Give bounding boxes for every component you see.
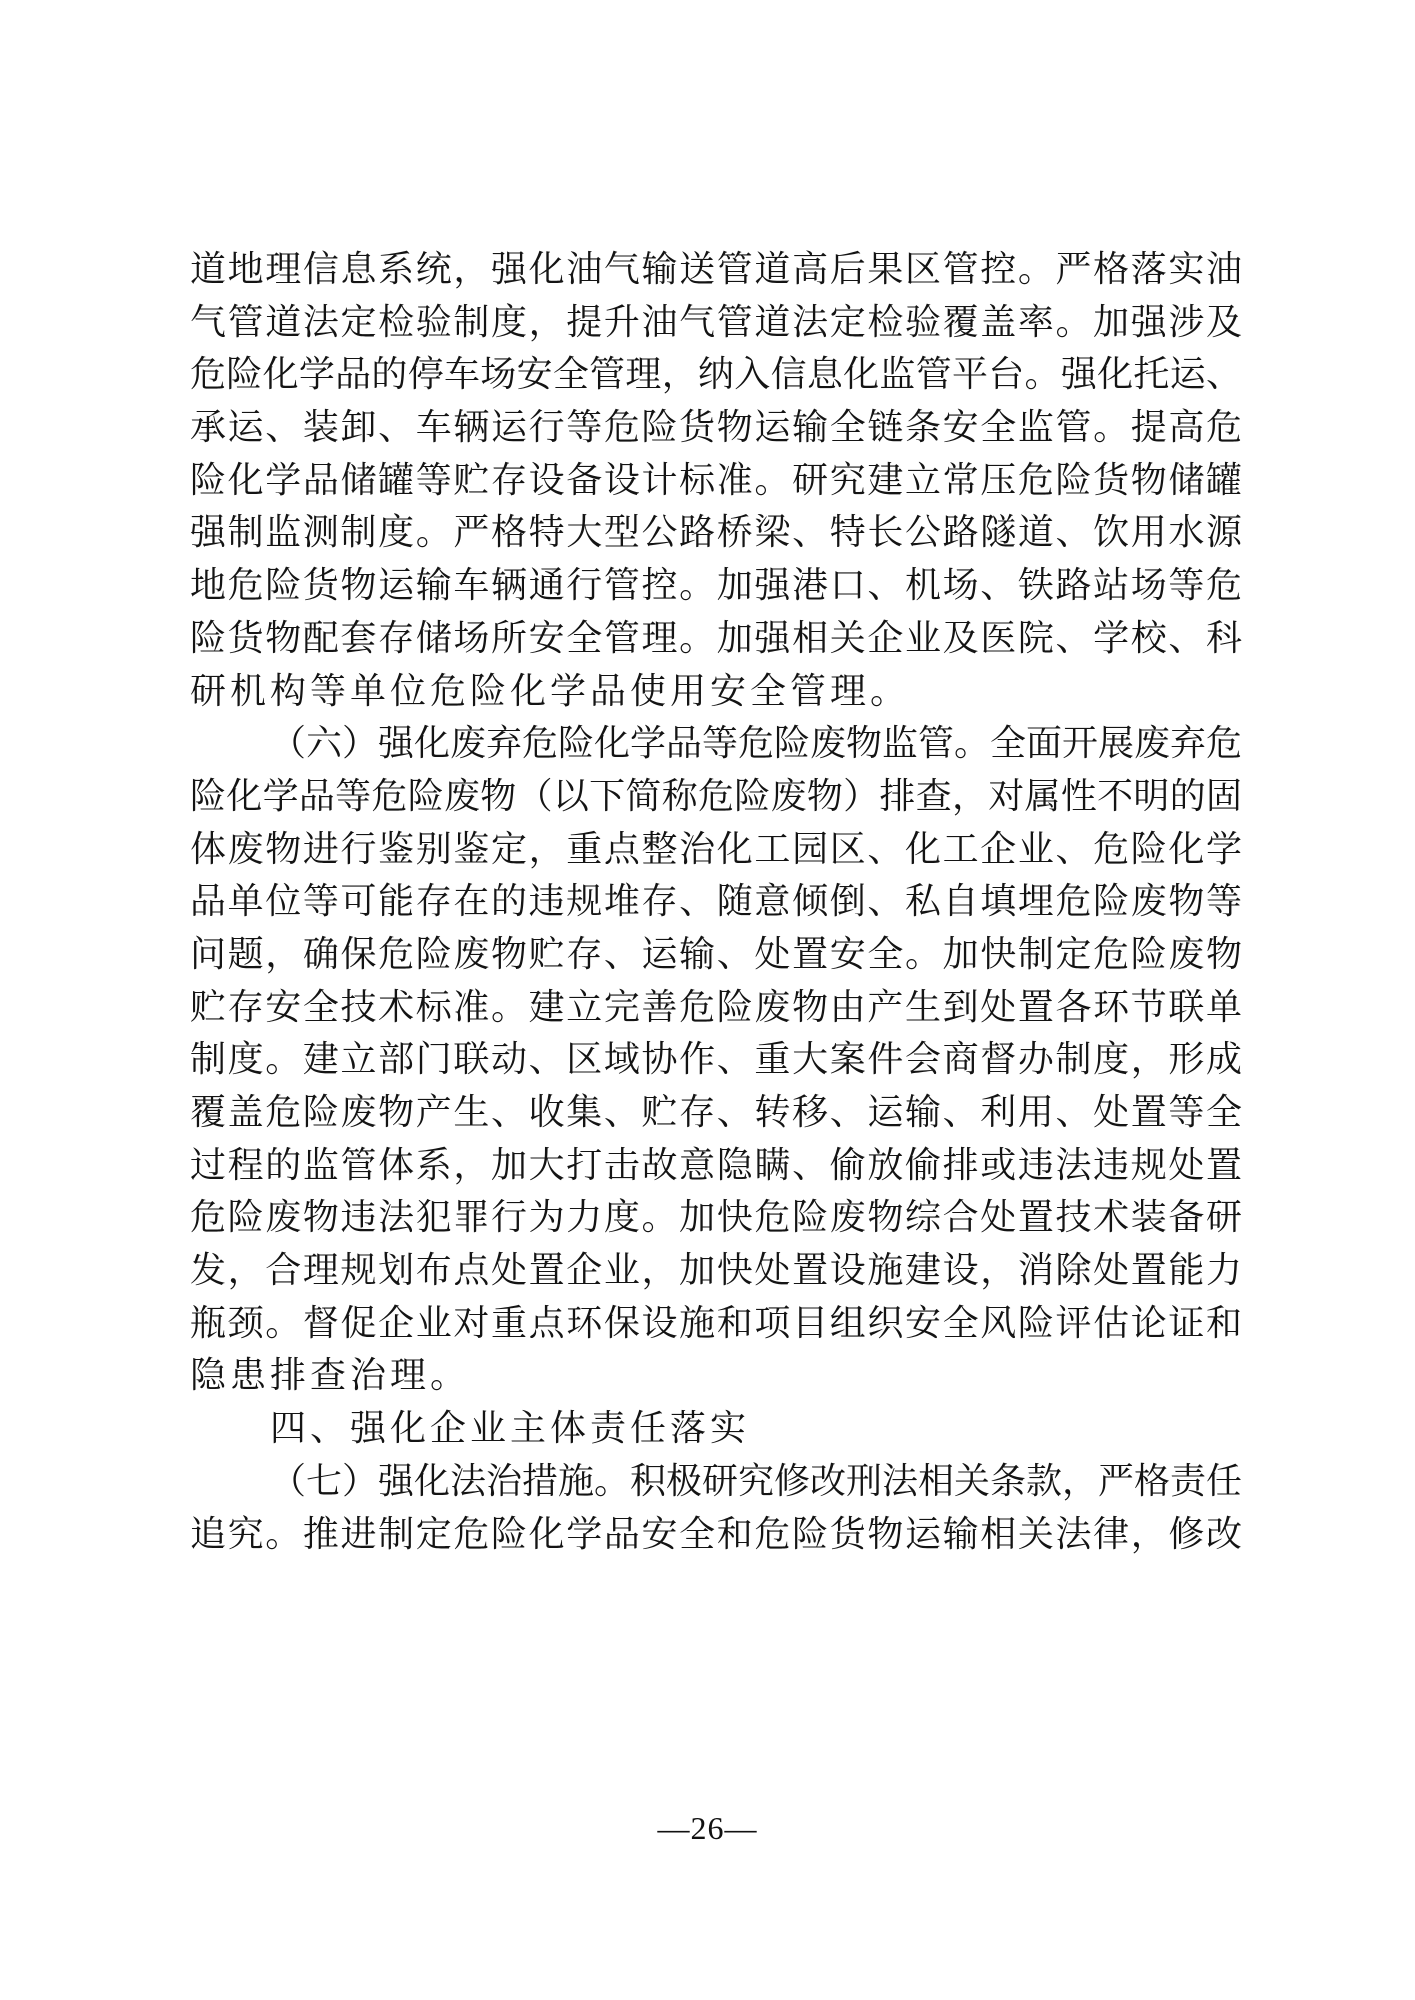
- section-4-heading: 四、强化企业主体责任落实: [190, 1403, 1242, 1456]
- text-line-19: 危险废物违法犯罪行为力度。加快危险废物综合处置技术装备研: [190, 1192, 1242, 1245]
- text-line-20: 发，合理规划布点处置企业，加快处置设施建设，消除处置能力: [190, 1245, 1242, 1298]
- text-line-25: 追究。推进制定危险化学品安全和危险货物运输相关法律，修改: [190, 1509, 1242, 1562]
- text-line-1: 道地理信息系统，强化油气输送管道高后果区管控。严格落实油: [190, 244, 1242, 297]
- text-line-11: 险化学品等危险废物（以下简称危险废物）排查，对属性不明的固: [190, 771, 1242, 824]
- text-line-14: 问题，确保危险废物贮存、运输、处置安全。加快制定危险废物: [190, 929, 1242, 982]
- text-line-13: 品单位等可能存在的违规堆存、随意倾倒、私自填埋危险废物等: [190, 876, 1242, 929]
- text-line-18: 过程的监管体系，加大打击故意隐瞒、偷放偷排或违法违规处置: [190, 1140, 1242, 1193]
- text-line-16: 制度。建立部门联动、区域协作、重大案件会商督办制度，形成: [190, 1034, 1242, 1087]
- text-line-17: 覆盖危险废物产生、收集、贮存、转移、运输、利用、处置等全: [190, 1087, 1242, 1140]
- text-line-22: 隐患排查治理。: [190, 1350, 1242, 1403]
- text-line-8: 险货物配套存储场所安全管理。加强相关企业及医院、学校、科: [190, 613, 1242, 666]
- page-number: —26—: [0, 1808, 1415, 1848]
- section-6-heading-line: （六）强化废弃危险化学品等危险废物监管。全面开展废弃危: [190, 718, 1242, 771]
- text-line-2: 气管道法定检验制度，提升油气管道法定检验覆盖率。加强涉及: [190, 297, 1242, 350]
- text-line-7: 地危险货物运输车辆通行管控。加强港口、机场、铁路站场等危: [190, 560, 1242, 613]
- text-line-4: 承运、装卸、车辆运行等危险货物运输全链条安全监管。提高危: [190, 402, 1242, 455]
- text-line-9: 研机构等单位危险化学品使用安全管理。: [190, 666, 1242, 719]
- body-text: 道地理信息系统，强化油气输送管道高后果区管控。严格落实油 气管道法定检验制度，提…: [190, 244, 1242, 1561]
- text-line-5: 险化学品储罐等贮存设备设计标准。研究建立常压危险货物储罐: [190, 455, 1242, 508]
- text-line-15: 贮存安全技术标准。建立完善危险废物由产生到处置各环节联单: [190, 982, 1242, 1035]
- document-page: 道地理信息系统，强化油气输送管道高后果区管控。严格落实油 气管道法定检验制度，提…: [0, 0, 1415, 2000]
- text-line-3: 危险化学品的停车场安全管理，纳入信息化监管平台。强化托运、: [190, 349, 1242, 402]
- section-7-heading-line: （七）强化法治措施。积极研究修改刑法相关条款，严格责任: [190, 1456, 1242, 1509]
- text-line-21: 瓶颈。督促企业对重点环保设施和项目组织安全风险评估论证和: [190, 1298, 1242, 1351]
- text-line-6: 强制监测制度。严格特大型公路桥梁、特长公路隧道、饮用水源: [190, 507, 1242, 560]
- text-line-12: 体废物进行鉴别鉴定，重点整治化工园区、化工企业、危险化学: [190, 824, 1242, 877]
